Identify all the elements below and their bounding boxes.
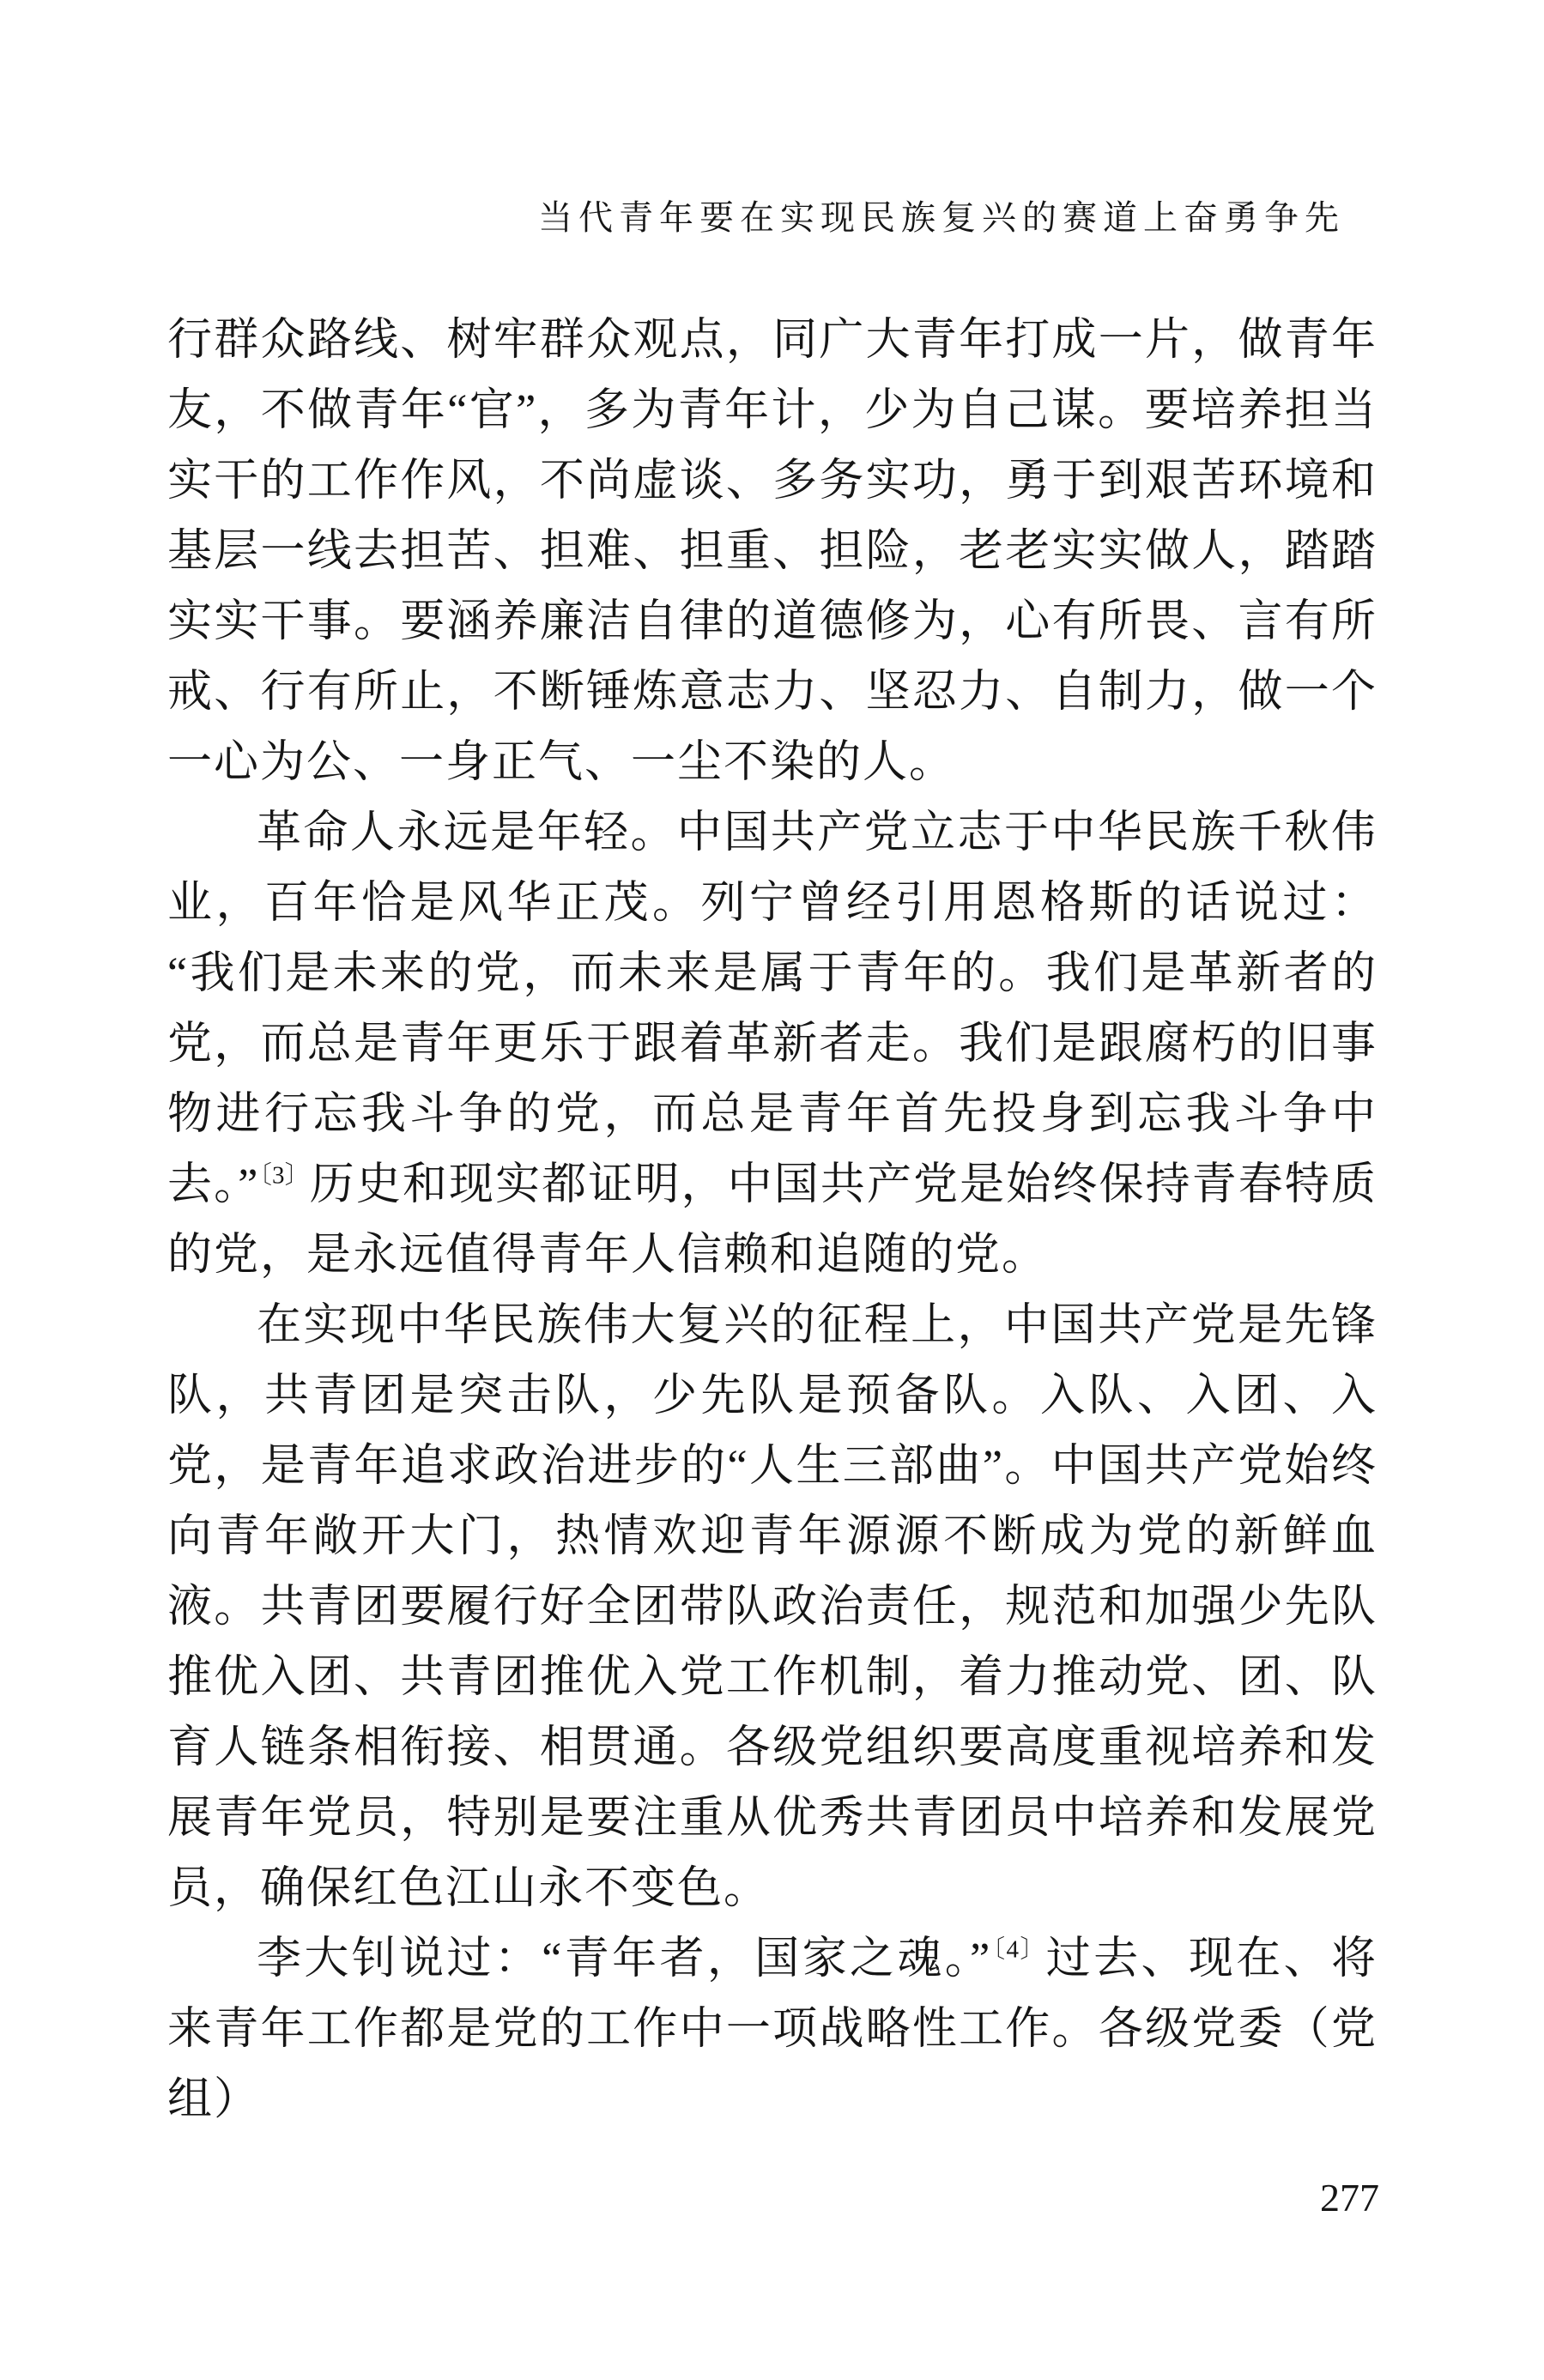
paragraph: 行群众路线、树牢群众观点，同广大青年打成一片，做青年友，不做青年“官”，多为青年… — [167, 306, 1377, 798]
body-text: 行群众路线、树牢群众观点，同广大青年打成一片，做青年友，不做青年“官”，多为青年… — [167, 306, 1377, 2135]
footnote-marker: 〔4〕 — [991, 1936, 1046, 1964]
text-run: 在实现中华民族伟大复兴的征程上，中国共产党是先锋队，共青团是突击队，少先队是预备… — [167, 1301, 1377, 1913]
book-page: 当代青年要在实现民族复兴的赛道上奋勇争先 行群众路线、树牢群众观点，同广大青年打… — [0, 0, 1544, 2380]
text-run: 李大钊说过：“青年者，国家之魂。” — [257, 1935, 991, 1983]
text-run: 行群众路线、树牢群众观点，同广大青年打成一片，做青年友，不做青年“官”，多为青年… — [167, 316, 1377, 787]
text-run: 革命人永远是年轻。中国共产党立志于中华民族千秋伟业，百年恰是风华正茂。列宁曾经引… — [167, 808, 1377, 1209]
paragraph: 革命人永远是年轻。中国共产党立志于中华民族千秋伟业，百年恰是风华正茂。列宁曾经引… — [167, 798, 1377, 1291]
running-head: 当代青年要在实现民族复兴的赛道上奋勇争先 — [167, 197, 1345, 239]
footnote-marker: 〔3〕 — [259, 1162, 309, 1190]
paragraph: 在实现中华民族伟大复兴的征程上，中国共产党是先锋队，共青团是突击队，少先队是预备… — [167, 1291, 1377, 1924]
page-number: 277 — [167, 2175, 1379, 2221]
text-run: 历史和现实都证明，中国共产党是始终保持青春特质的党，是永远值得青年人信赖和追随的… — [167, 1160, 1377, 1280]
paragraph: 李大钊说过：“青年者，国家之魂。”〔4〕过去、现在、将来青年工作都是党的工作中一… — [167, 1924, 1377, 2135]
